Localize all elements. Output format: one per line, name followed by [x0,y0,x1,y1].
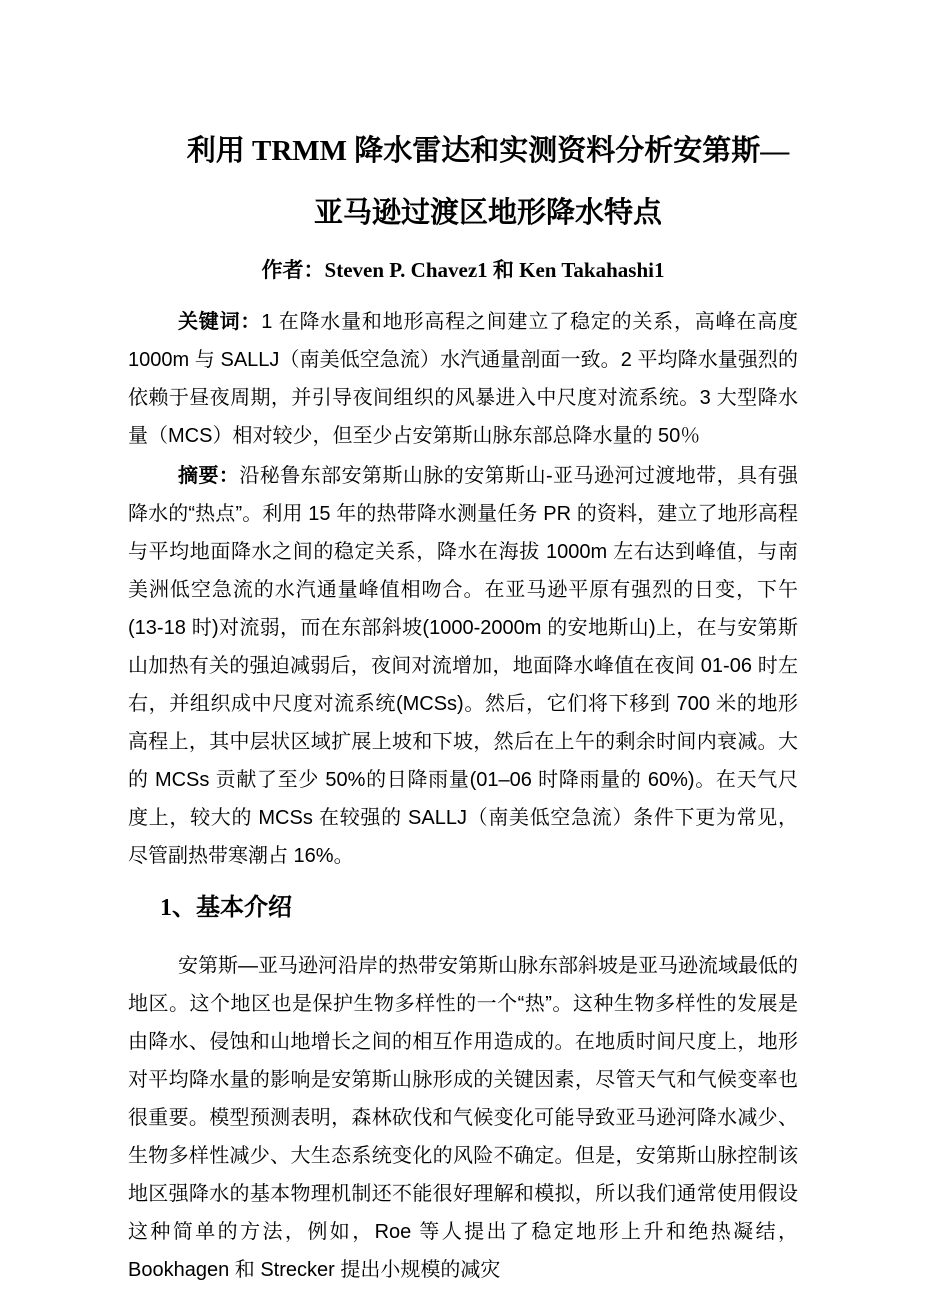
document-page: 利用 TRMM 降水雷达和实测资料分析安第斯— 亚马逊过渡区地形降水特点 作者：… [0,0,926,1309]
abstract-paragraph: 摘要：沿秘鲁东部安第斯山脉的安第斯山-亚马逊河过渡地带，具有强降水的“热点”。利… [128,457,798,875]
keywords-paragraph: 关键词：1 在降水量和地形高程之间建立了稳定的关系，高峰在高度 1000m 与 … [128,303,798,455]
title-line-2: 亚马逊过渡区地形降水特点 [178,182,798,244]
title-line-1: 利用 TRMM 降水雷达和实测资料分析安第斯— [178,120,798,182]
document-title: 利用 TRMM 降水雷达和实测资料分析安第斯— 亚马逊过渡区地形降水特点 [178,120,798,244]
author-line: 作者：Steven P. Chavez1 和 Ken Takahashi1 [128,250,798,290]
keywords-label: 关键词： [178,311,261,333]
abstract-text: 沿秘鲁东部安第斯山脉的安第斯山-亚马逊河过渡地带，具有强降水的“热点”。利用 1… [128,465,798,867]
section-1-heading: 1、基本介绍 [128,887,798,929]
abstract-label: 摘要： [178,465,239,487]
section-1-paragraph: 安第斯—亚马逊河沿岸的热带安第斯山脉东部斜坡是亚马逊流域最低的地区。这个地区也是… [128,947,798,1289]
